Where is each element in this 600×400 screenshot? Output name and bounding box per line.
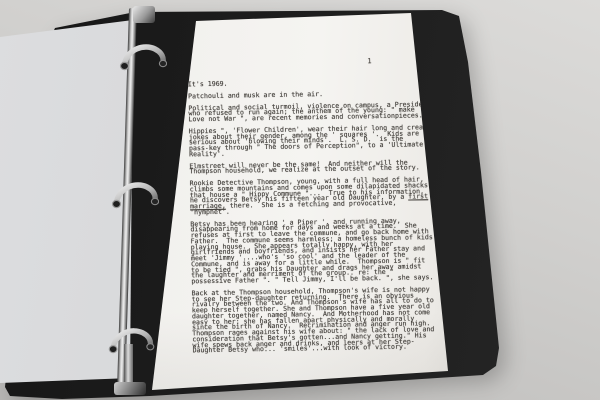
text-line: Patchouli and musk are in the air. xyxy=(188,90,430,100)
binder-spine-top-clip xyxy=(133,6,155,23)
document-page: 1 It's 1969.Patchouli and musk are in th… xyxy=(150,10,462,396)
paragraph: It's 1969. xyxy=(188,78,430,88)
binder-ring-middle xyxy=(111,180,159,209)
text-line: possessive Father ". " Tell Jimmy, I'll … xyxy=(191,275,433,285)
paragraph: Back at the Thompson household, Thompson… xyxy=(192,287,435,354)
binder-spine-foot xyxy=(114,382,146,395)
paragraph: Hippies ", 'Flower Children', wear their… xyxy=(189,125,432,158)
paragraph: Patchouli and musk are in the air. xyxy=(188,90,430,100)
paragraph: Betsy has been hearing ' a Piper ', and … xyxy=(190,218,433,285)
binder-ring-top xyxy=(119,42,167,71)
text-line: It's 1969. xyxy=(188,78,430,88)
desk-surface: 1 It's 1969.Patchouli and musk are in th… xyxy=(0,0,600,400)
paragraph: Political and social turmoil, violence o… xyxy=(188,102,430,123)
text-line: Daughter Betsy who... 'smiles'...with lo… xyxy=(193,344,435,354)
typed-text-body: It's 1969.Patchouli and musk are in the … xyxy=(188,78,435,360)
paragraph: Elmstreet will never be the same! And ne… xyxy=(189,160,431,176)
text-line: Thompson household, we realize at the ou… xyxy=(189,165,431,175)
paragraph: Rookie Detective Thompson, young, with a… xyxy=(190,177,433,216)
text-line: Love not War ", are recent memories and … xyxy=(188,113,430,123)
page-number: 1 xyxy=(367,57,371,65)
binder-ring-bottom xyxy=(107,326,155,354)
